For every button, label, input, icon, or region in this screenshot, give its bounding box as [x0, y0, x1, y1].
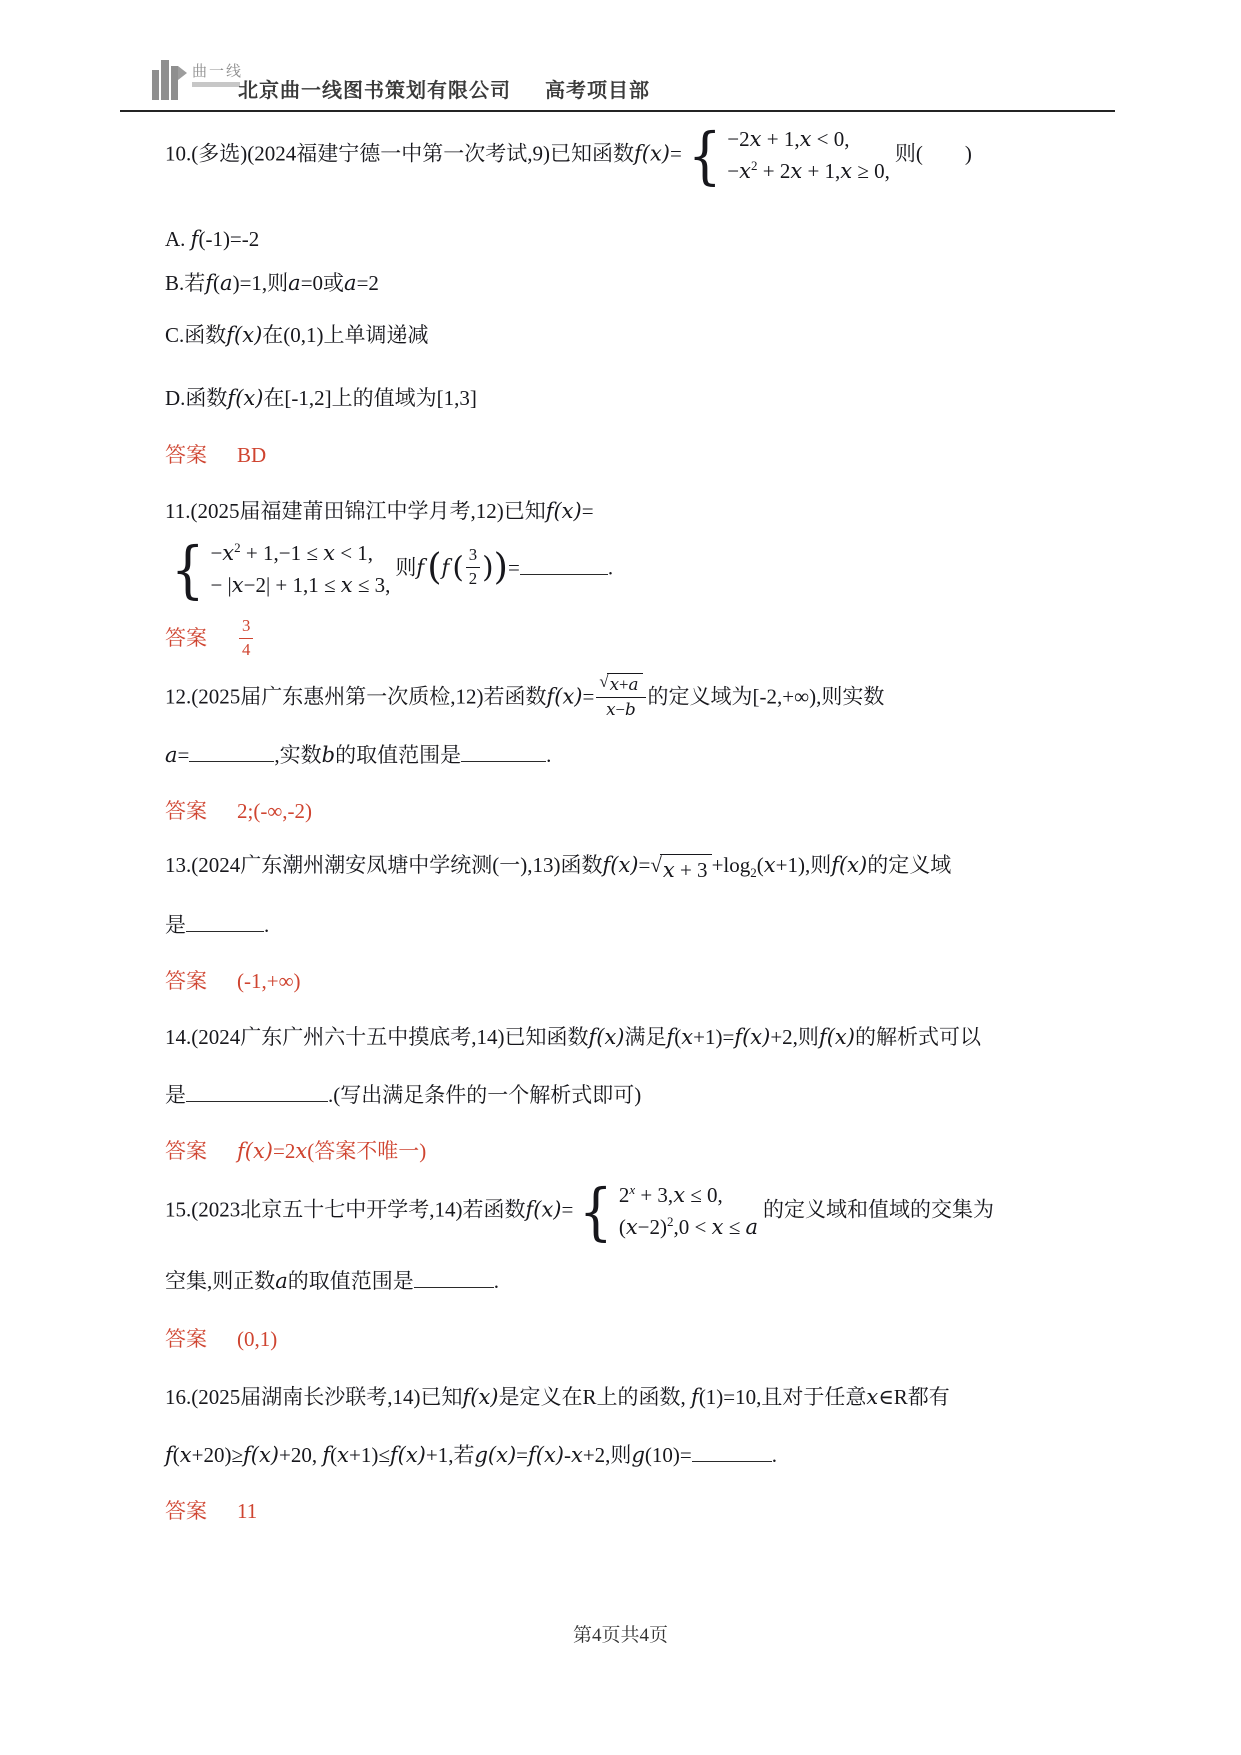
header-divider	[120, 110, 1115, 112]
answer-value: BD	[237, 443, 266, 467]
blank-underline	[520, 554, 608, 575]
answer-15: 答案(0,1)	[165, 1324, 277, 1354]
blank-underline	[692, 1441, 772, 1462]
answer-11: 答案34	[165, 618, 255, 663]
answer-16: 答案11	[165, 1496, 257, 1526]
piecewise-cases: {2x + 3,x ≤ 0,(x−2)2,0 < x ≤ a	[576, 1182, 758, 1242]
brand-tagline-microtext	[192, 82, 240, 87]
question-14-line2: 是.(写出满足条件的一个解析式即可)	[165, 1080, 641, 1110]
answer-value: 2;(-∞,-2)	[237, 799, 312, 823]
radical: √x+a	[599, 673, 642, 696]
radical: √x + 3	[650, 854, 711, 885]
piecewise-cases: {−x2 + 1,−1 ≤ x < 1,− |x−2| + 1,1 ≤ x ≤ …	[168, 540, 390, 600]
question-13-line1: 13.(2024广东潮州潮安凤塘中学统测(一),13)函数f(x)=√x + 3…	[165, 850, 951, 885]
blank-underline	[186, 1081, 328, 1102]
question-10-option-c: C.函数f(x)在(0,1)上单调递减	[165, 320, 429, 350]
fraction: 32	[466, 545, 480, 590]
question-11-line2: {−x2 + 1,−1 ≤ x < 1,− |x−2| + 1,1 ≤ x ≤ …	[165, 540, 613, 600]
brand-name: 曲一线	[192, 60, 243, 81]
answer-value: f(x)=2x(答案不唯一)	[237, 1139, 426, 1163]
answer-value: (0,1)	[237, 1327, 277, 1351]
question-15-line1: 15.(2023北京五十七中开学考,14)若函数f(x)={2x + 3,x ≤…	[165, 1182, 994, 1242]
blank-underline	[186, 911, 264, 932]
answer-label: 答案	[165, 1139, 207, 1163]
answer-label: 答案	[165, 969, 207, 993]
department-name: 高考项目部	[545, 74, 650, 103]
blank-underline	[189, 741, 274, 762]
blank-underline	[414, 1267, 494, 1288]
question-15-line2: 空集,则正数a的取值范围是.	[165, 1266, 499, 1296]
question-16-line2: f(x+20)≥f(x)+20, f(x+1)≤f(x)+1,若g(x)=f(x…	[165, 1440, 777, 1470]
question-10-option-b: B.若f(a)=1,则a=0或a=2	[165, 268, 379, 298]
question-10-option-d: D.函数f(x)在[-1,2]上的值域为[1,3]	[165, 383, 477, 413]
fraction: 34	[239, 616, 253, 661]
answer-label: 答案	[165, 799, 207, 823]
answer-10: 答案BD	[165, 440, 266, 470]
brand-logo-icon	[152, 58, 186, 102]
answer-label: 答案	[165, 1499, 207, 1523]
answer-value: 11	[237, 1499, 257, 1523]
question-14-line1: 14.(2024广东广州六十五中摸底考,14)已知函数f(x)满足f(x+1)=…	[165, 1022, 981, 1052]
question-10-option-a: A. f(-1)=-2	[165, 224, 259, 254]
question-11-line1: 11.(2025届福建莆田锦江中学月考,12)已知f(x)=	[165, 496, 594, 526]
piecewise-cases: {−2x + 1,x < 0,−x2 + 2x + 1,x ≥ 0,	[685, 126, 890, 186]
company-name: 北京曲一线图书策划有限公司	[238, 74, 511, 103]
blank-underline	[461, 741, 546, 762]
worksheet-page: 曲一线 北京曲一线图书策划有限公司 高考项目部 10.(多选)(2024福建宁德…	[0, 0, 1241, 1755]
answer-label: 答案	[165, 626, 207, 650]
question-12-line1: 12.(2025届广东惠州第一次质检,12)若函数f(x)=√x+ax−b的定义…	[165, 674, 884, 723]
answer-13: 答案(-1,+∞)	[165, 966, 301, 996]
answer-12: 答案2;(-∞,-2)	[165, 796, 312, 826]
question-16-line1: 16.(2025届湖南长沙联考,14)已知f(x)是定义在R上的函数, f(1)…	[165, 1382, 950, 1412]
answer-label: 答案	[165, 1327, 207, 1351]
question-10-stem: 10.(多选)(2024福建宁德一中第一次考试,9)已知函数f(x)={−2x …	[165, 126, 972, 186]
question-13-line2: 是.	[165, 910, 269, 940]
answer-label: 答案	[165, 443, 207, 467]
fraction: √x+ax−b	[596, 672, 645, 721]
question-12-line2: a=,实数b的取值范围是.	[165, 740, 551, 770]
answer-value: (-1,+∞)	[237, 969, 301, 993]
answer-14: 答案f(x)=2x(答案不唯一)	[165, 1136, 426, 1166]
page-number: 第4页共4页	[0, 1620, 1241, 1647]
answer-value: 34	[237, 626, 255, 650]
